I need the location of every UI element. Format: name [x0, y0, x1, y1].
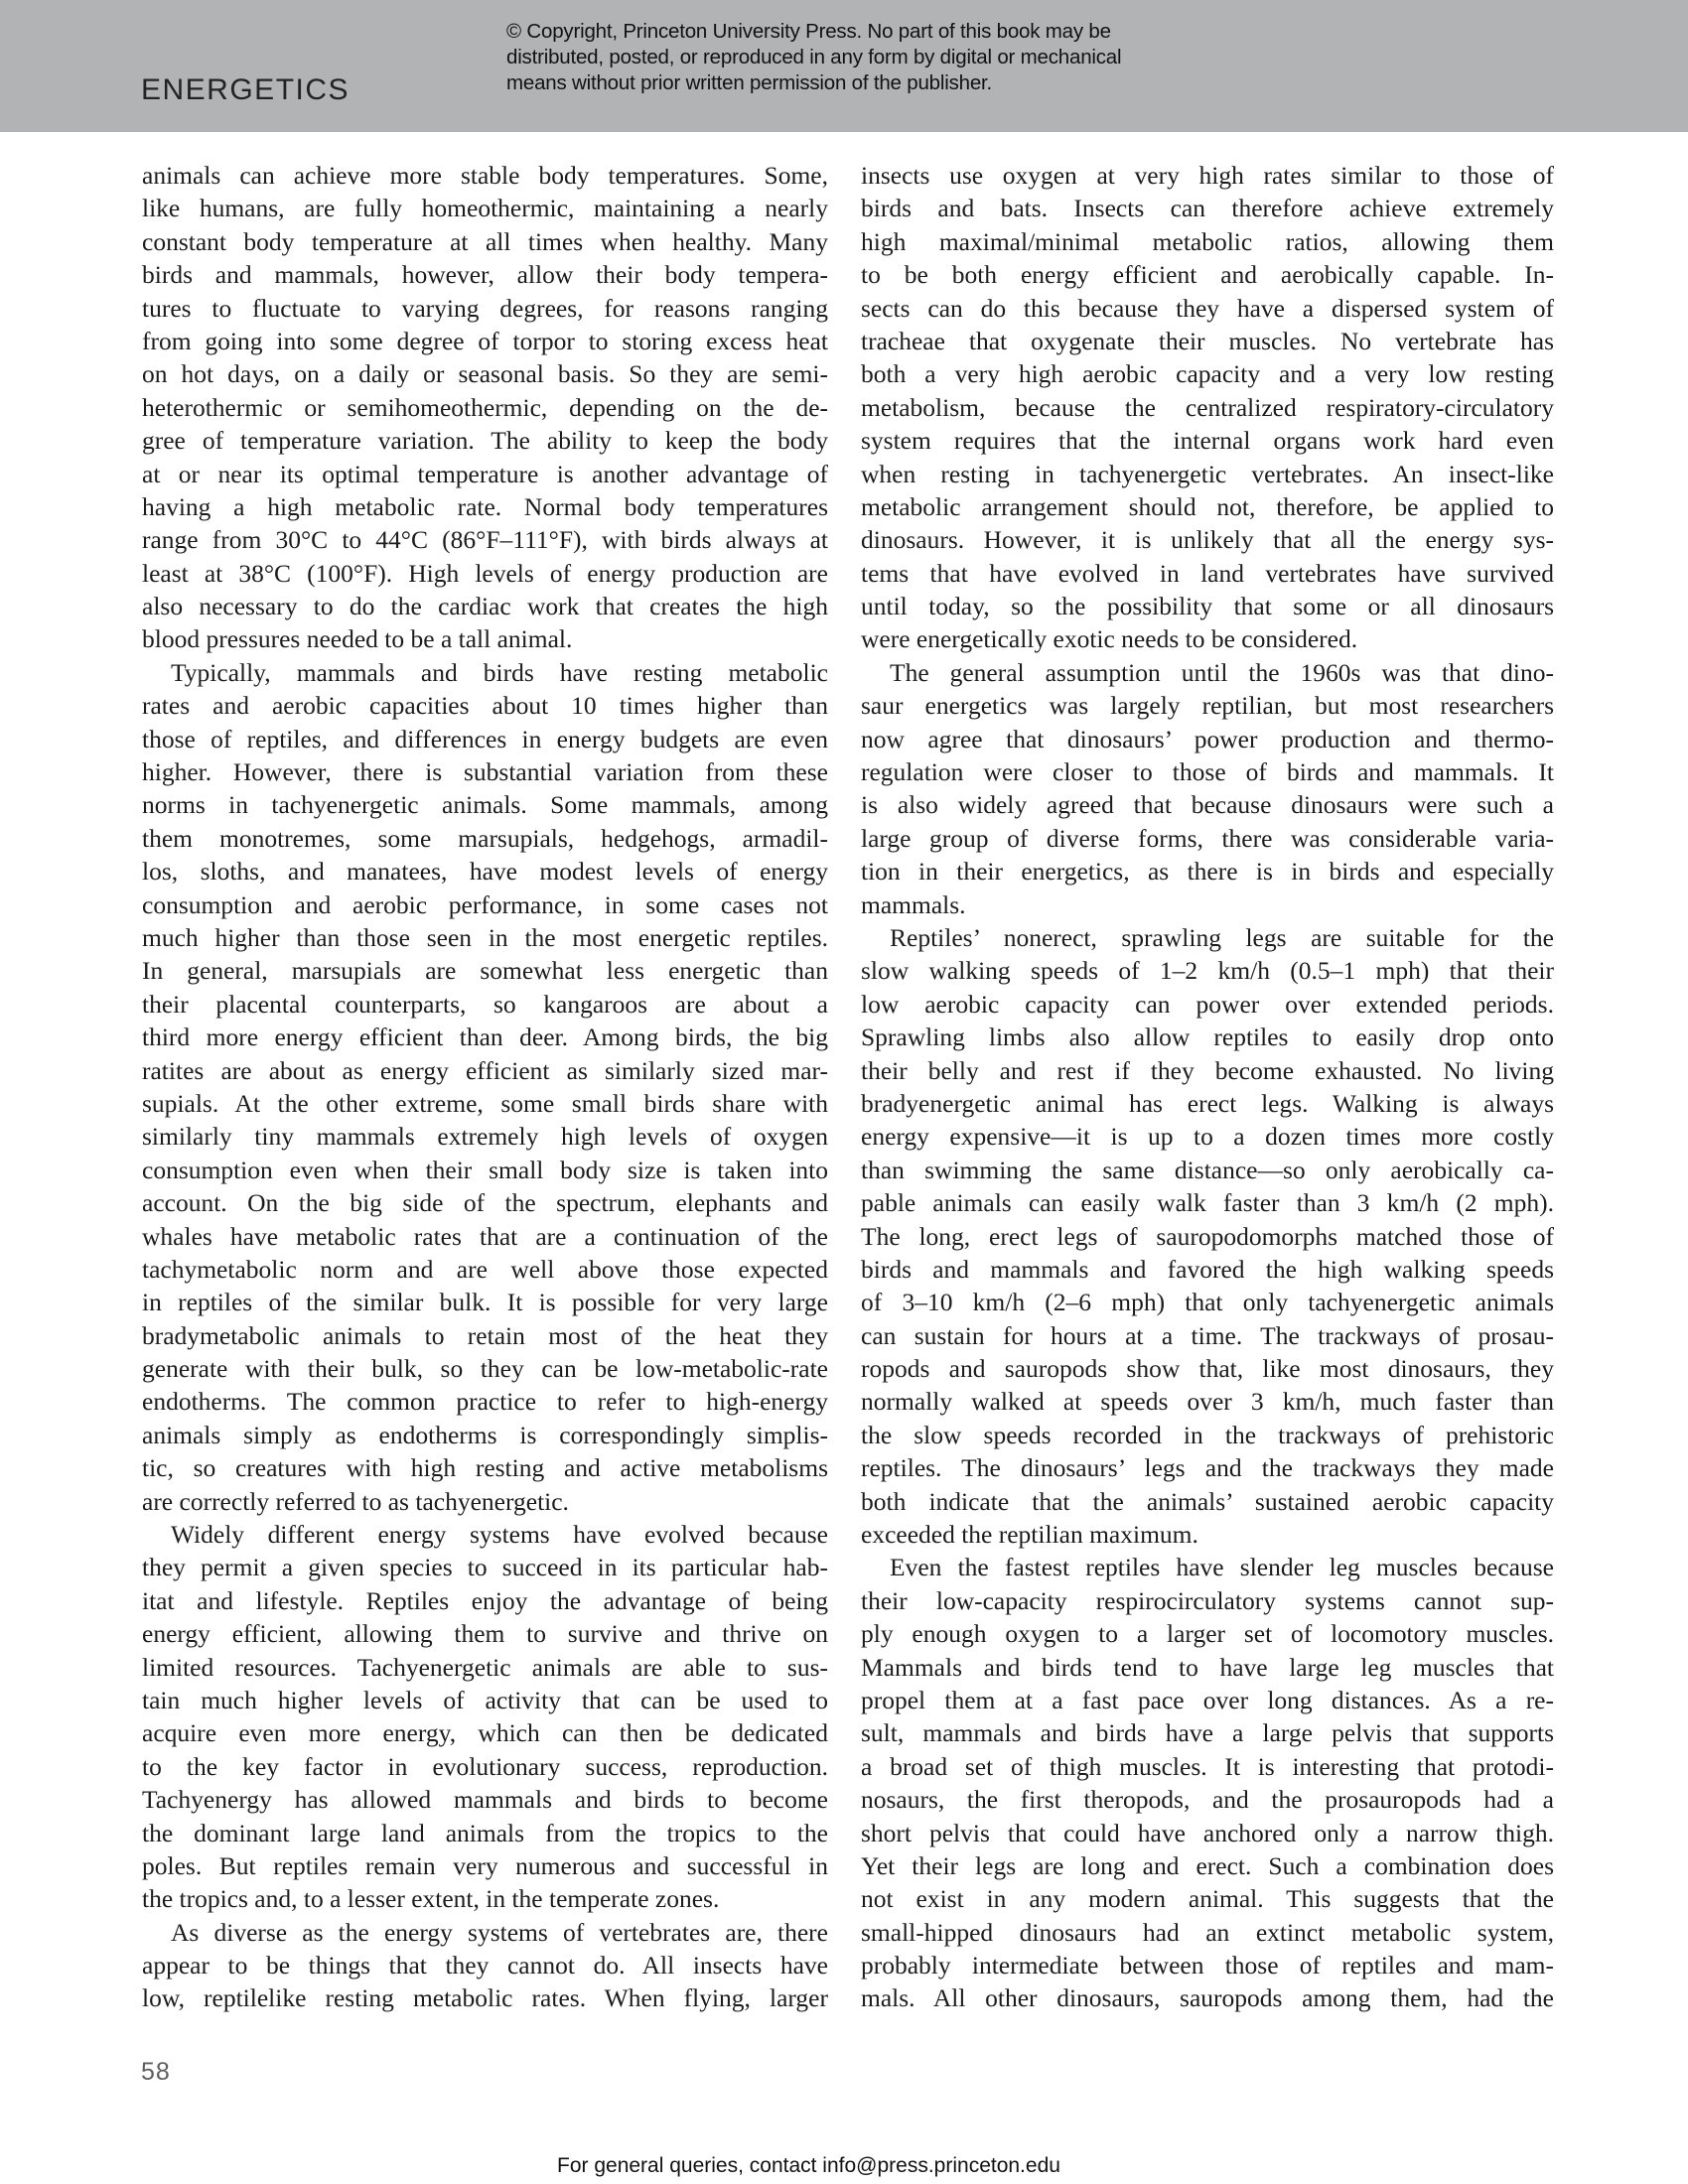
text-line: the tropics and, to a lesser extent, in … [142, 1882, 828, 1915]
text-line: Widely different energy systems have evo… [142, 1518, 828, 1551]
text-line: los, sloths, and manatees, have modest l… [142, 855, 828, 887]
text-line: least at 38°C (100°F). High levels of en… [142, 557, 828, 590]
text-line: insects use oxygen at very high rates si… [861, 159, 1554, 192]
text-line: now agree that dinosaurs’ power producti… [861, 723, 1554, 755]
text-line: gree of temperature variation. The abili… [142, 424, 828, 457]
text-line: regulation were closer to those of birds… [861, 755, 1554, 788]
text-line: The long, erect legs of sauropodomorphs … [861, 1220, 1554, 1253]
text-line: pable animals can easily walk faster tha… [861, 1186, 1554, 1219]
text-line: energy efficient, allowing them to survi… [142, 1617, 828, 1650]
text-line: appear to be things that they cannot do.… [142, 1949, 828, 1981]
text-line: dinosaurs. However, it is unlikely that … [861, 523, 1554, 556]
text-column-right: insects use oxygen at very high rates si… [861, 159, 1554, 2015]
text-line: propel them at a fast pace over long dis… [861, 1684, 1554, 1716]
text-line: also necessary to do the cardiac work th… [142, 590, 828, 622]
text-line: animals can achieve more stable body tem… [142, 159, 828, 192]
text-line: heterothermic or semihomeothermic, depen… [142, 391, 828, 424]
text-line: tracheae that oxygenate their muscles. N… [861, 325, 1554, 357]
text-line: high maximal/minimal metabolic ratios, a… [861, 225, 1554, 258]
text-line: sult, mammals and birds have a large pel… [861, 1716, 1554, 1749]
text-line: on hot days, on a daily or seasonal basi… [142, 357, 828, 390]
text-line: like humans, are fully homeothermic, mai… [142, 192, 828, 224]
text-line: tures to fluctuate to varying degrees, f… [142, 292, 828, 325]
text-line: poles. But reptiles remain very numerous… [142, 1849, 828, 1882]
text-line: sects can do this because they have a di… [861, 292, 1554, 325]
copyright-line: distributed, posted, or reproduced in an… [506, 45, 1121, 70]
text-line: the dominant large land animals from the… [142, 1817, 828, 1849]
text-line: both indicate that the animals’ sustaine… [861, 1485, 1554, 1518]
text-line: consumption and aerobic performance, in … [142, 888, 828, 921]
header-band: ENERGETICS © Copyright, Princeton Univer… [0, 0, 1688, 132]
text-column-left: animals can achieve more stable body tem… [142, 159, 828, 2015]
text-line: saur energetics was largely reptilian, b… [861, 689, 1554, 722]
text-line: low, reptilelike resting metabolic rates… [142, 1981, 828, 2014]
text-line: their low-capacity respirocirculatory sy… [861, 1584, 1554, 1617]
text-line: tain much higher levels of activity that… [142, 1684, 828, 1716]
text-line: higher. However, there is substantial va… [142, 755, 828, 788]
page-number: 58 [141, 2058, 171, 2087]
text-line: Yet their legs are long and erect. Such … [861, 1849, 1554, 1882]
text-line: limited resources. Tachyenergetic animal… [142, 1651, 828, 1684]
text-line: consumption even when their small body s… [142, 1154, 828, 1186]
text-line: both a very high aerobic capacity and a … [861, 357, 1554, 390]
text-line: birds and mammals, however, allow their … [142, 258, 828, 291]
text-line: tems that have evolved in land vertebrat… [861, 557, 1554, 590]
text-line: Even the fastest reptiles have slender l… [861, 1551, 1554, 1583]
text-line: those of reptiles, and differences in en… [142, 723, 828, 755]
text-line: mals. All other dinosaurs, sauropods amo… [861, 1981, 1554, 2014]
text-line: In general, marsupials are somewhat less… [142, 954, 828, 987]
text-line: they permit a given species to succeed i… [142, 1551, 828, 1583]
text-line: Mammals and birds tend to have large leg… [861, 1651, 1554, 1684]
text-line: can sustain for hours at a time. The tra… [861, 1319, 1554, 1352]
text-line: exceeded the reptilian maximum. [861, 1518, 1554, 1551]
text-line: ropods and sauropods show that, like mos… [861, 1352, 1554, 1385]
copyright-line: © Copyright, Princeton University Press.… [506, 19, 1121, 45]
text-line: constant body temperature at all times w… [142, 225, 828, 258]
text-line: in reptiles of the similar bulk. It is p… [142, 1286, 828, 1318]
text-line: The general assumption until the 1960s w… [861, 656, 1554, 689]
text-line: until today, so the possibility that som… [861, 590, 1554, 622]
text-line: Reptiles’ nonerect, sprawling legs are s… [861, 921, 1554, 954]
text-line: their belly and rest if they become exha… [861, 1054, 1554, 1087]
text-line: supials. At the other extreme, some smal… [142, 1087, 828, 1120]
text-line: tachymetabolic norm and are well above t… [142, 1253, 828, 1286]
text-line: a broad set of thigh muscles. It is inte… [861, 1750, 1554, 1783]
text-line: normally walked at speeds over 3 km/h, m… [861, 1385, 1554, 1418]
text-line: the slow speeds recorded in the trackway… [861, 1419, 1554, 1451]
text-line: whales have metabolic rates that are a c… [142, 1220, 828, 1253]
text-line: tion in their energetics, as there is in… [861, 855, 1554, 887]
text-line: system requires that the internal organs… [861, 424, 1554, 457]
text-line: metabolic arrangement should not, theref… [861, 490, 1554, 523]
text-line: are correctly referred to as tachyenerge… [142, 1485, 828, 1518]
text-line: to be both energy efficient and aerobica… [861, 258, 1554, 291]
text-line: large group of diverse forms, there was … [861, 822, 1554, 855]
text-line: similarly tiny mammals extremely high le… [142, 1120, 828, 1153]
text-line: having a high metabolic rate. Normal bod… [142, 490, 828, 523]
text-line: ply enough oxygen to a larger set of loc… [861, 1617, 1554, 1650]
copyright-line: means without prior written permission o… [506, 70, 1121, 96]
text-line: range from 30°C to 44°C (86°F–111°F), wi… [142, 523, 828, 556]
text-line: from going into some degree of torpor to… [142, 325, 828, 357]
text-line: metabolism, because the centralized resp… [861, 391, 1554, 424]
text-line: small-hipped dinosaurs had an extinct me… [861, 1916, 1554, 1949]
text-line: slow walking speeds of 1–2 km/h (0.5–1 m… [861, 954, 1554, 987]
text-line: their placental counterparts, so kangaro… [142, 988, 828, 1021]
text-line: tic, so creatures with high resting and … [142, 1451, 828, 1484]
text-line: were energetically exotic needs to be co… [861, 622, 1554, 655]
copyright-notice: © Copyright, Princeton University Press.… [506, 19, 1121, 96]
text-line: probably intermediate between those of r… [861, 1949, 1554, 1981]
text-line: itat and lifestyle. Reptiles enjoy the a… [142, 1584, 828, 1617]
text-line: of 3–10 km/h (2–6 mph) that only tachyen… [861, 1286, 1554, 1318]
text-line: at or near its optimal temperature is an… [142, 458, 828, 490]
text-line: to the key factor in evolutionary succes… [142, 1750, 828, 1783]
text-line: As diverse as the energy systems of vert… [142, 1916, 828, 1949]
text-line: bradyenergetic animal has erect legs. Wa… [861, 1087, 1554, 1120]
text-line: energy expensive—it is up to a dozen tim… [861, 1120, 1554, 1153]
text-line: birds and mammals and favored the high w… [861, 1253, 1554, 1286]
text-line: short pelvis that could have anchored on… [861, 1817, 1554, 1849]
text-line: low aerobic capacity can power over exte… [861, 988, 1554, 1021]
text-line: is also widely agreed that because dinos… [861, 788, 1554, 821]
text-line: third more energy efficient than deer. A… [142, 1021, 828, 1053]
text-line: nosaurs, the first theropods, and the pr… [861, 1783, 1554, 1816]
text-line: blood pressures needed to be a tall anim… [142, 622, 828, 655]
text-line: acquire even more energy, which can then… [142, 1716, 828, 1749]
text-line: ratites are about as energy efficient as… [142, 1054, 828, 1087]
text-line: than swimming the same distance—so only … [861, 1154, 1554, 1186]
text-line: reptiles. The dinosaurs’ legs and the tr… [861, 1451, 1554, 1484]
text-line: animals simply as endotherms is correspo… [142, 1419, 828, 1451]
text-line: not exist in any modern animal. This sug… [861, 1882, 1554, 1915]
running-head: ENERGETICS [141, 73, 350, 107]
text-line: them monotremes, some marsupials, hedgeh… [142, 822, 828, 855]
text-line: mammals. [861, 888, 1554, 921]
text-line: bradymetabolic animals to retain most of… [142, 1319, 828, 1352]
contact-note: For general queries, contact info@press.… [557, 2154, 1060, 2178]
text-line: much higher than those seen in the most … [142, 921, 828, 954]
text-line: when resting in tachyenergetic vertebrat… [861, 458, 1554, 490]
text-line: norms in tachyenergetic animals. Some ma… [142, 788, 828, 821]
text-line: Tachyenergy has allowed mammals and bird… [142, 1783, 828, 1816]
text-line: birds and bats. Insects can therefore ac… [861, 192, 1554, 224]
text-line: endotherms. The common practice to refer… [142, 1385, 828, 1418]
text-line: account. On the big side of the spectrum… [142, 1186, 828, 1219]
text-line: Typically, mammals and birds have restin… [142, 656, 828, 689]
text-line: Sprawling limbs also allow reptiles to e… [861, 1021, 1554, 1053]
text-line: rates and aerobic capacities about 10 ti… [142, 689, 828, 722]
text-line: generate with their bulk, so they can be… [142, 1352, 828, 1385]
